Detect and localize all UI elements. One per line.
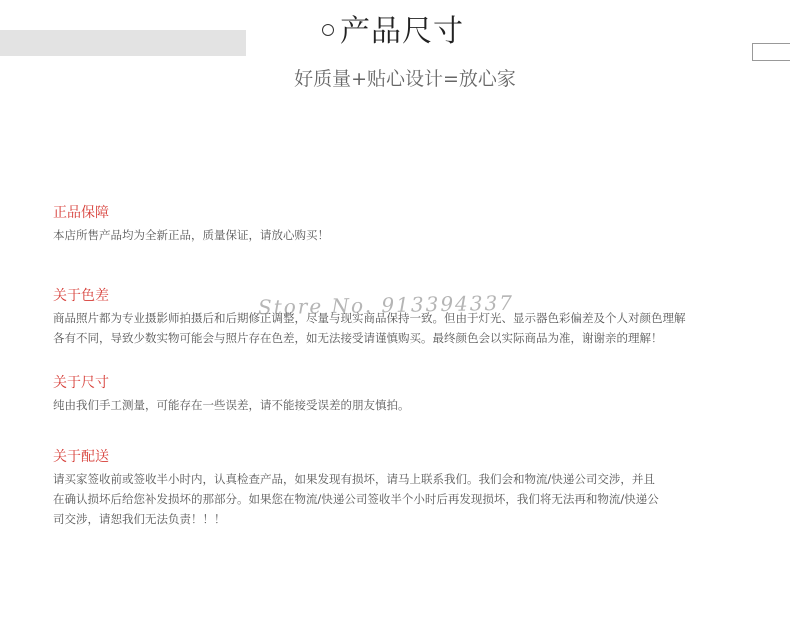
- section-line: 请买家签收前或签收半小时内，认真检查产品，如果发现有损坏，请马上联系我们。我们会…: [53, 469, 753, 489]
- page-subtitle: 好质量+贴心设计=放心家: [0, 64, 790, 91]
- section-title: 正品保障: [53, 203, 753, 223]
- page-title: 产品尺寸: [340, 14, 464, 50]
- store-watermark: Store No. 913394337: [258, 291, 514, 319]
- decorative-gray-bar: [0, 30, 246, 56]
- section-line: 各有不同，导致少数实物可能会与照片存在色差，如无法接受请谨慎购买。最终颜色会以实…: [53, 328, 753, 348]
- section-delivery: 关于配送 请买家签收前或签收半小时内，认真检查产品，如果发现有损坏，请马上联系我…: [53, 447, 753, 529]
- section-title: 关于配送: [53, 447, 753, 467]
- section-title: 关于尺寸: [53, 373, 753, 393]
- section-line: 司交涉，请恕我们无法负责！！！: [53, 509, 753, 529]
- page-header: 产品尺寸: [322, 14, 464, 50]
- section-line: 纯由我们手工测量，可能存在一些误差，请不能接受误差的朋友慎拍。: [53, 395, 753, 415]
- section-size: 关于尺寸 纯由我们手工测量，可能存在一些误差，请不能接受误差的朋友慎拍。: [53, 373, 753, 415]
- section-line: 本店所售产品均为全新正品，质量保证，请放心购买！: [53, 225, 753, 245]
- decorative-box: [752, 43, 790, 61]
- section-line: 在确认损坏后给您补发损坏的那部分。如果您在物流/快递公司签收半个小时后再发现损坏…: [53, 489, 753, 509]
- section-authenticity: 正品保障 本店所售产品均为全新正品，质量保证，请放心购买！: [53, 203, 753, 245]
- circle-icon: [322, 24, 334, 36]
